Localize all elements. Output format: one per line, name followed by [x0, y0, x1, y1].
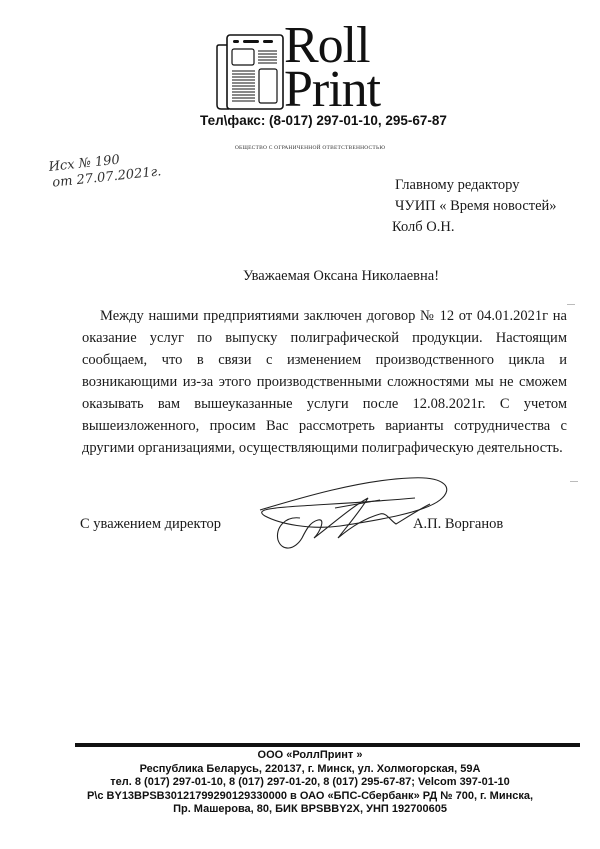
letterhead-telfax: Тел\факс: (8-017) 297-01-10, 295-67-87: [200, 113, 447, 128]
footer-bank-details-cont: Пр. Машерова, 80, БИК BPSBBY2X, УНП 1927…: [60, 803, 560, 817]
footer-company: ООО «РоллПринт »: [60, 749, 560, 763]
letter-body: Между нашими предприятиями заключен дого…: [82, 305, 567, 459]
handwritten-signature-icon: [240, 468, 460, 558]
salutation: Уважаемая Оксана Николаевна!: [243, 268, 439, 285]
footer-bank-details: Р\с BY13BPSB30121799290129330000 в ОАО «…: [60, 790, 560, 804]
footer-address: Республика Беларусь, 220137, г. Минск, у…: [60, 763, 560, 777]
scan-speck: [567, 304, 575, 305]
addressee-position: Главному редактору: [395, 175, 557, 196]
footer-divider: [75, 743, 580, 747]
logo-wordmark-print: Print: [284, 66, 380, 114]
footer-requisites: ООО «РоллПринт » Республика Беларусь, 22…: [60, 749, 560, 817]
outgoing-reference: Исх № 190 от 27.07.2021г.: [48, 148, 162, 191]
scan-speck: [570, 481, 578, 482]
letterhead-company-type: общество с ограниченной ответственностью: [200, 145, 420, 151]
addressee-name: Колб О.Н.: [392, 217, 557, 238]
footer-phones: тел. 8 (017) 297-01-10, 8 (017) 297-01-2…: [60, 776, 560, 790]
newspaper-logo-icon: [215, 33, 285, 111]
closing-phrase: С уважением директор: [80, 516, 221, 533]
signer-name: А.П. Ворганов: [413, 516, 503, 533]
addressee-block: Главному редактору ЧУИП « Время новостей…: [393, 175, 557, 238]
addressee-organization: ЧУИП « Время новостей»: [395, 196, 557, 217]
